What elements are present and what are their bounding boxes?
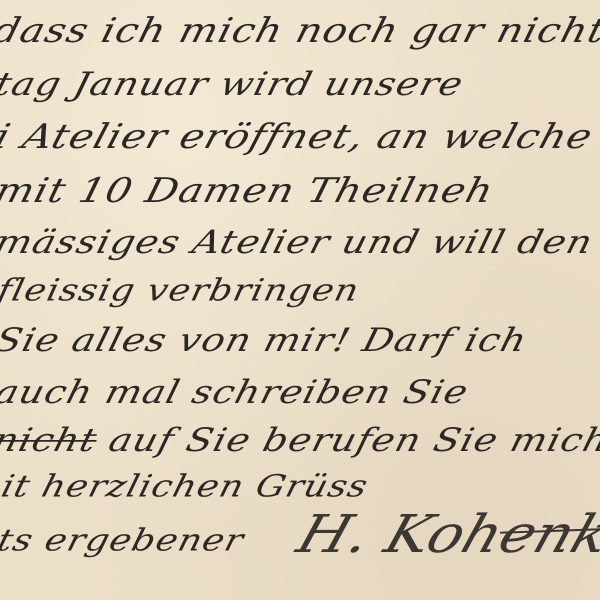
letter-line-9-text: auf Sie berufen Sie mich	[105, 421, 600, 458]
letter-line-8: auch mal schreiben Sie	[0, 373, 473, 410]
letter-line-2: tag Januar wird unsere	[0, 65, 468, 102]
letter-line-7: Sie alles von mir! Darf ich	[0, 321, 531, 358]
letter-paper: dass ich mich noch gar nichts ande tag J…	[0, 0, 600, 600]
letter-line-4: mit 10 Damen Theilneh	[0, 171, 498, 210]
letter-line-10: it herzlichen Grüss	[0, 469, 372, 504]
signature: H. Kohenk	[290, 503, 600, 564]
struck-through-word: nicht	[0, 421, 101, 458]
closing-line: ts ergebener	[0, 523, 248, 558]
letter-line-5: mässiges Atelier und will den	[0, 223, 597, 260]
letter-line-9: nicht auf Sie berufen Sie mich	[0, 421, 600, 458]
letter-line-1: dass ich mich noch gar nichts ande	[0, 11, 600, 50]
letter-line-6: fleissig verbringen	[0, 273, 363, 308]
letter-line-3: i Atelier eröffnet, an welche	[0, 117, 597, 156]
